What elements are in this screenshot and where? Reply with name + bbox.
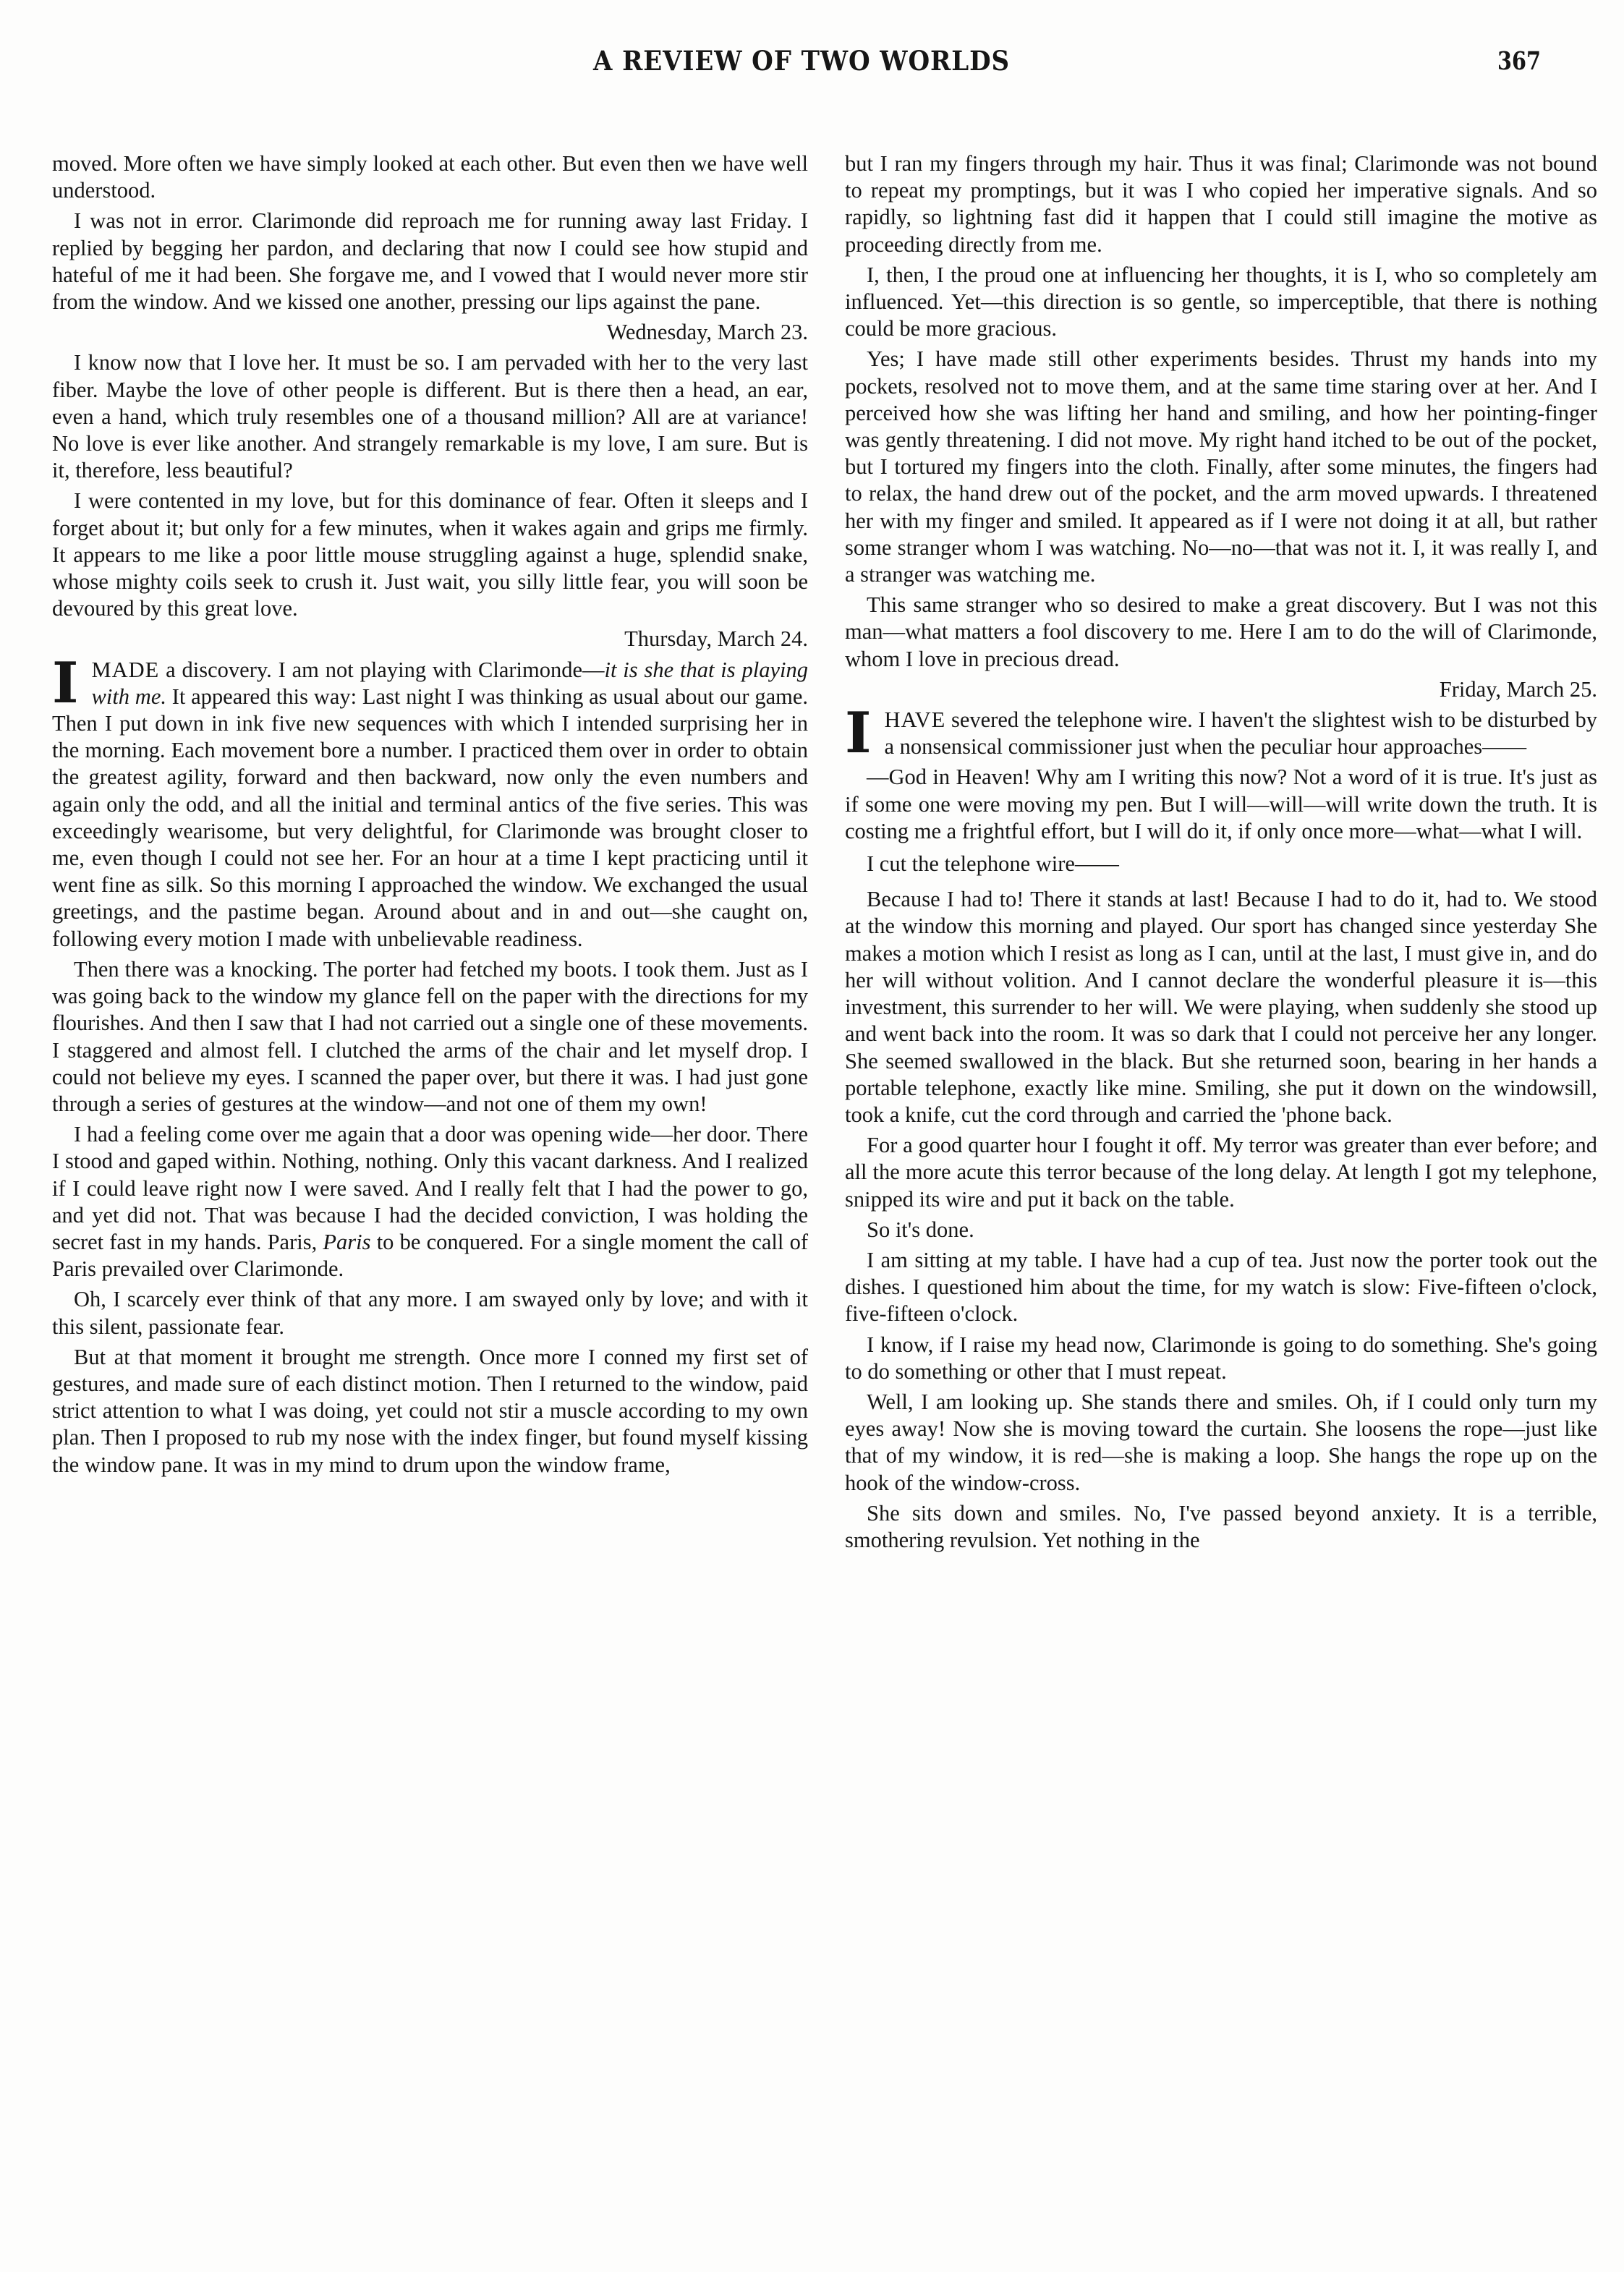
paragraph: but I ran my fingers through my hair. Th… (845, 150, 1597, 258)
paragraph: I am sitting at my table. I have had a c… (845, 1247, 1597, 1328)
paragraph: moved. More often we have simply looked … (52, 150, 808, 204)
left-column: moved. More often we have simply looked … (52, 150, 808, 1482)
paragraph-dropcap: IMADE a discovery. I am not playing with… (52, 657, 808, 953)
italic-word: Paris (323, 1230, 370, 1254)
dateline: Thursday, March 24. (52, 626, 808, 652)
paragraph: Oh, I scarcely ever think of that any mo… (52, 1286, 808, 1340)
page-header: A REVIEW OF TWO WORLDS 367 (0, 45, 1624, 81)
paragraph: Well, I am looking up. She stands there … (845, 1389, 1597, 1497)
paragraph: But at that moment it brought me strengt… (52, 1344, 808, 1478)
small-caps-word: MADE (92, 658, 160, 682)
paragraph: Then there was a knocking. The porter ha… (52, 956, 808, 1118)
paragraph: I, then, I the proud one at influencing … (845, 262, 1597, 343)
paragraph: Yes; I have made still other experiments… (845, 346, 1597, 588)
dateline: Friday, March 25. (845, 676, 1597, 703)
drop-cap: I (845, 711, 872, 756)
small-caps-word: HAVE (885, 707, 946, 732)
paragraph: I were contented in my love, but for thi… (52, 488, 808, 622)
paragraph: She sits down and smiles. No, I've passe… (845, 1500, 1597, 1554)
drop-cap: I (52, 661, 79, 706)
paragraph: —God in Heaven! Why am I writing this no… (845, 764, 1597, 845)
paragraph: I know, if I raise my head now, Clarimon… (845, 1332, 1597, 1385)
paragraph: This same stranger who so desired to mak… (845, 592, 1597, 673)
paragraph-text: a discovery. I am not playing with Clari… (159, 658, 604, 682)
paragraph-text: It appeared this way: Last night I was t… (52, 684, 808, 951)
paragraph: For a good quarter hour I fought it off.… (845, 1132, 1597, 1213)
paragraph: So it's done. (845, 1217, 1597, 1243)
running-title: A REVIEW OF TWO WORLDS (593, 45, 1010, 77)
paragraph: I was not in error. Clarimonde did repro… (52, 208, 808, 315)
paragraph: I know now that I love her. It must be s… (52, 349, 808, 484)
paragraph: I cut the telephone wire—— (845, 851, 1597, 877)
paragraph-dropcap: IHAVE severed the telephone wire. I have… (845, 707, 1597, 760)
paragraph: Because I had to! There it stands at las… (845, 886, 1597, 1128)
dateline: Wednesday, March 23. (52, 319, 808, 346)
page-number: 367 (1497, 46, 1541, 76)
paragraph-text: severed the telephone wire. I haven't th… (885, 707, 1598, 759)
right-column: but I ran my fingers through my hair. Th… (845, 150, 1597, 1557)
paragraph: I had a feeling come over me again that … (52, 1121, 808, 1282)
